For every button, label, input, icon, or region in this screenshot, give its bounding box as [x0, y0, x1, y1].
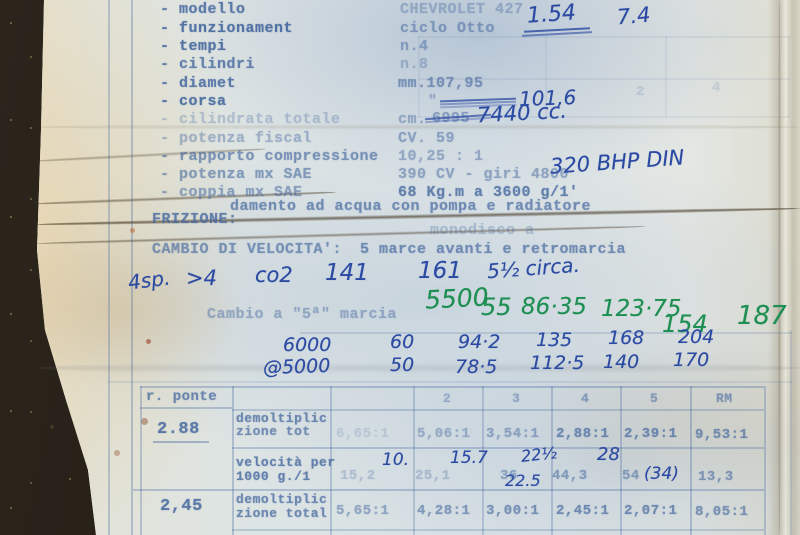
- handwritten-note: 7440 cc.: [476, 99, 567, 128]
- ratio-cell: 8,05:1: [695, 504, 748, 520]
- speed-cell: 25,1: [415, 468, 451, 484]
- spec-label: - cilindrata totale: [160, 111, 341, 128]
- hand-item: 141: [325, 260, 369, 286]
- table-grid-line: [232, 447, 764, 449]
- frizione-label: FRIZIONE:: [152, 211, 238, 228]
- final-drive-ratio: 2.88: [157, 420, 200, 439]
- ratio-cell: 2,45:1: [556, 503, 609, 519]
- hand-item: 168: [608, 327, 644, 349]
- final-drive-ratio: 2,45: [160, 497, 203, 516]
- speed-cell: 44,3: [552, 468, 588, 484]
- table-grid-line: [232, 529, 764, 531]
- ratio-underline: [153, 441, 209, 443]
- spec-value: CHEVROLET 427: [400, 1, 524, 18]
- table-grid-line: [790, 330, 792, 535]
- row-label: demoltiplic: [236, 492, 327, 507]
- spec-label: - potenza fiscal: [160, 130, 312, 147]
- spec-value: mm.107,95: [398, 75, 484, 92]
- hand-item: 187: [737, 301, 787, 331]
- spec-label: - potenza mx SAE: [160, 166, 312, 183]
- speed-cell: 15,2: [340, 468, 376, 484]
- hand-item: 4sp.: [127, 266, 172, 295]
- spec-label: - modello: [160, 1, 246, 18]
- table-grid-line: [133, 489, 764, 491]
- spec-value: ciclo Otto: [400, 20, 495, 37]
- ratio-cell: 2,88:1: [556, 426, 609, 442]
- hand-speed: 28: [597, 444, 620, 465]
- stain-dot: [146, 339, 151, 344]
- table-corner-label: r. ponte: [146, 389, 217, 405]
- stain-dot: [130, 228, 135, 233]
- stain-dot: [141, 418, 148, 425]
- table-grid-line: [764, 386, 766, 535]
- spec-value: 390 CV - giri 4800: [398, 166, 569, 183]
- spec-label: - tempi: [160, 38, 227, 55]
- frizione-value: monodisco a: [430, 222, 535, 239]
- ghost-cell: 4: [712, 80, 721, 96]
- row-label: velocità per: [236, 455, 336, 470]
- spec-value: ": [428, 93, 438, 110]
- hand-item: 60: [390, 331, 414, 353]
- table-grid-line: [690, 386, 692, 535]
- hand-item: co2: [255, 263, 293, 287]
- spec-label: - cilindri: [160, 56, 255, 73]
- hand-speed: 15.7: [450, 448, 488, 468]
- spec-value: 10,25 : 1: [398, 148, 484, 165]
- hand-item: 140: [603, 351, 639, 373]
- row-label: zione total: [236, 506, 327, 521]
- col-header: 5: [650, 391, 658, 406]
- spec-label: - diamet: [160, 75, 236, 92]
- hand-item: 112·5: [530, 352, 584, 374]
- spec-value: cm.: [398, 111, 427, 128]
- row-label: zione tot: [236, 424, 311, 439]
- hand-item: 50: [390, 354, 414, 376]
- col-header: 2: [443, 391, 451, 406]
- speed-cell: 54: [622, 468, 640, 484]
- hand-item: 135: [536, 329, 572, 351]
- table-grid-line: [413, 386, 415, 535]
- spec-label: - funzionament: [160, 20, 293, 37]
- handwritten-note: 7.4: [616, 3, 651, 30]
- hand-item: >4: [186, 266, 217, 290]
- hand-item: 86·35: [521, 294, 587, 320]
- table-grid-line: [140, 407, 232, 409]
- hand-speed: 10.: [382, 450, 409, 470]
- stain-dot: [114, 450, 120, 456]
- spec-label: - corsa: [160, 93, 227, 110]
- form-rule-vertical: [108, 0, 110, 535]
- document-photo: 2 4 - modello CHEVROLET 427 1.54 7.4 - f…: [0, 0, 800, 535]
- spec-label: - rapporto compressione: [160, 148, 379, 165]
- hand-item: 6000: [283, 334, 331, 356]
- ratio-cell: 6,65:1: [336, 426, 389, 442]
- hand-speed: 22.5: [505, 471, 541, 490]
- ratio-cell: 9,53:1: [695, 427, 748, 443]
- form-rule-vertical: [131, 0, 133, 535]
- ratio-cell: 3,00:1: [486, 503, 539, 519]
- ghost-line: [665, 36, 667, 118]
- fifth-gear-line: Cambio a "5ª" marcia: [207, 306, 397, 323]
- ratio-cell: 3,54:1: [486, 426, 539, 442]
- hand-item: 55: [481, 293, 512, 321]
- col-header: RM: [716, 391, 733, 406]
- hand-item: 78·5: [455, 356, 497, 378]
- cambio-value: 5 marce avanti e retromarcia: [360, 241, 626, 258]
- spec-value: n.4: [400, 38, 429, 55]
- speed-cell: 13,3: [698, 469, 734, 485]
- col-header: 3: [512, 391, 520, 406]
- table-grid-line: [232, 386, 234, 535]
- paper-right-edge: [768, 0, 800, 535]
- cambio-label: CAMBIO DI VELOCITA':: [152, 241, 342, 258]
- hand-item: 204: [678, 326, 714, 348]
- hand-item: 161: [418, 258, 462, 284]
- ratio-cell: 5,65:1: [336, 503, 389, 519]
- ratio-cell: 2,39:1: [624, 426, 677, 442]
- ratio-cell: 2,07:1: [624, 503, 677, 519]
- spec-value: n.8: [400, 56, 429, 73]
- ghost-cell: 2: [636, 84, 645, 100]
- hand-speed: 22½: [520, 443, 558, 466]
- handwritten-note: 1.54: [526, 0, 577, 28]
- row-label: 1000 g./1: [236, 469, 311, 484]
- crease-vertical-right: [778, 0, 781, 535]
- hand-item: 94·2: [458, 331, 500, 353]
- ratio-cell: 5,06:1: [417, 426, 470, 442]
- spec-value: CV. 59: [398, 130, 455, 147]
- table-grid-line: [108, 381, 792, 383]
- table-grid-line: [140, 386, 142, 535]
- hand-item: 5500: [424, 282, 489, 314]
- hand-item: 170: [673, 349, 709, 371]
- ratio-cell: 4,28:1: [417, 503, 470, 519]
- hand-speed: (34): [644, 464, 679, 484]
- cooling-line: damento ad acqua con pompa e radiatore: [230, 198, 591, 215]
- ghost-line: [788, 36, 790, 118]
- col-header: 4: [581, 391, 589, 406]
- hand-item: @5000: [263, 355, 331, 379]
- table-grid-line: [620, 386, 622, 535]
